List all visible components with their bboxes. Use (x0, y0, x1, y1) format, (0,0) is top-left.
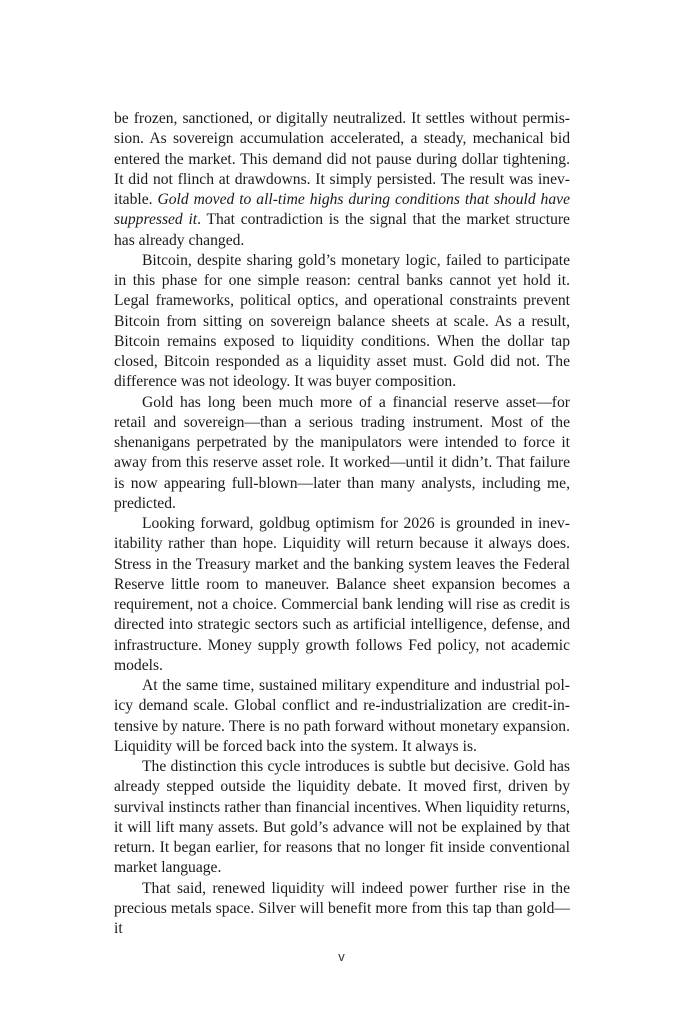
paragraph-7: That said, renewed liquidity will indeed… (114, 879, 570, 940)
paragraph-4-text: Looking forward, goldbug optimism for 20… (114, 515, 570, 674)
paragraph-2: Bitcoin, despite sharing gold’s monetary… (114, 251, 570, 393)
paragraph-3: Gold has long been much more of a financ… (114, 393, 570, 515)
paragraph-5: At the same time, sustained military exp… (114, 676, 570, 757)
paragraph-5-text: At the same time, sustained military exp… (114, 677, 570, 755)
paragraph-1: be frozen, sanctioned, or digitally neut… (114, 109, 570, 251)
paragraph-3-text: Gold has long been much more of a financ… (114, 394, 570, 512)
paragraph-7-text: That said, renewed liquidity will indeed… (114, 880, 570, 938)
paragraph-4: Looking forward, goldbug optimism for 20… (114, 514, 570, 676)
paragraph-6-text: The distinction this cycle introduces is… (114, 758, 570, 876)
paragraph-2-text: Bitcoin, despite sharing gold’s monetary… (114, 252, 570, 391)
document-body: be frozen, sanctioned, or digitally neut… (114, 109, 570, 939)
page-number: v (0, 949, 683, 964)
paragraph-6: The distinction this cycle introduces is… (114, 757, 570, 879)
